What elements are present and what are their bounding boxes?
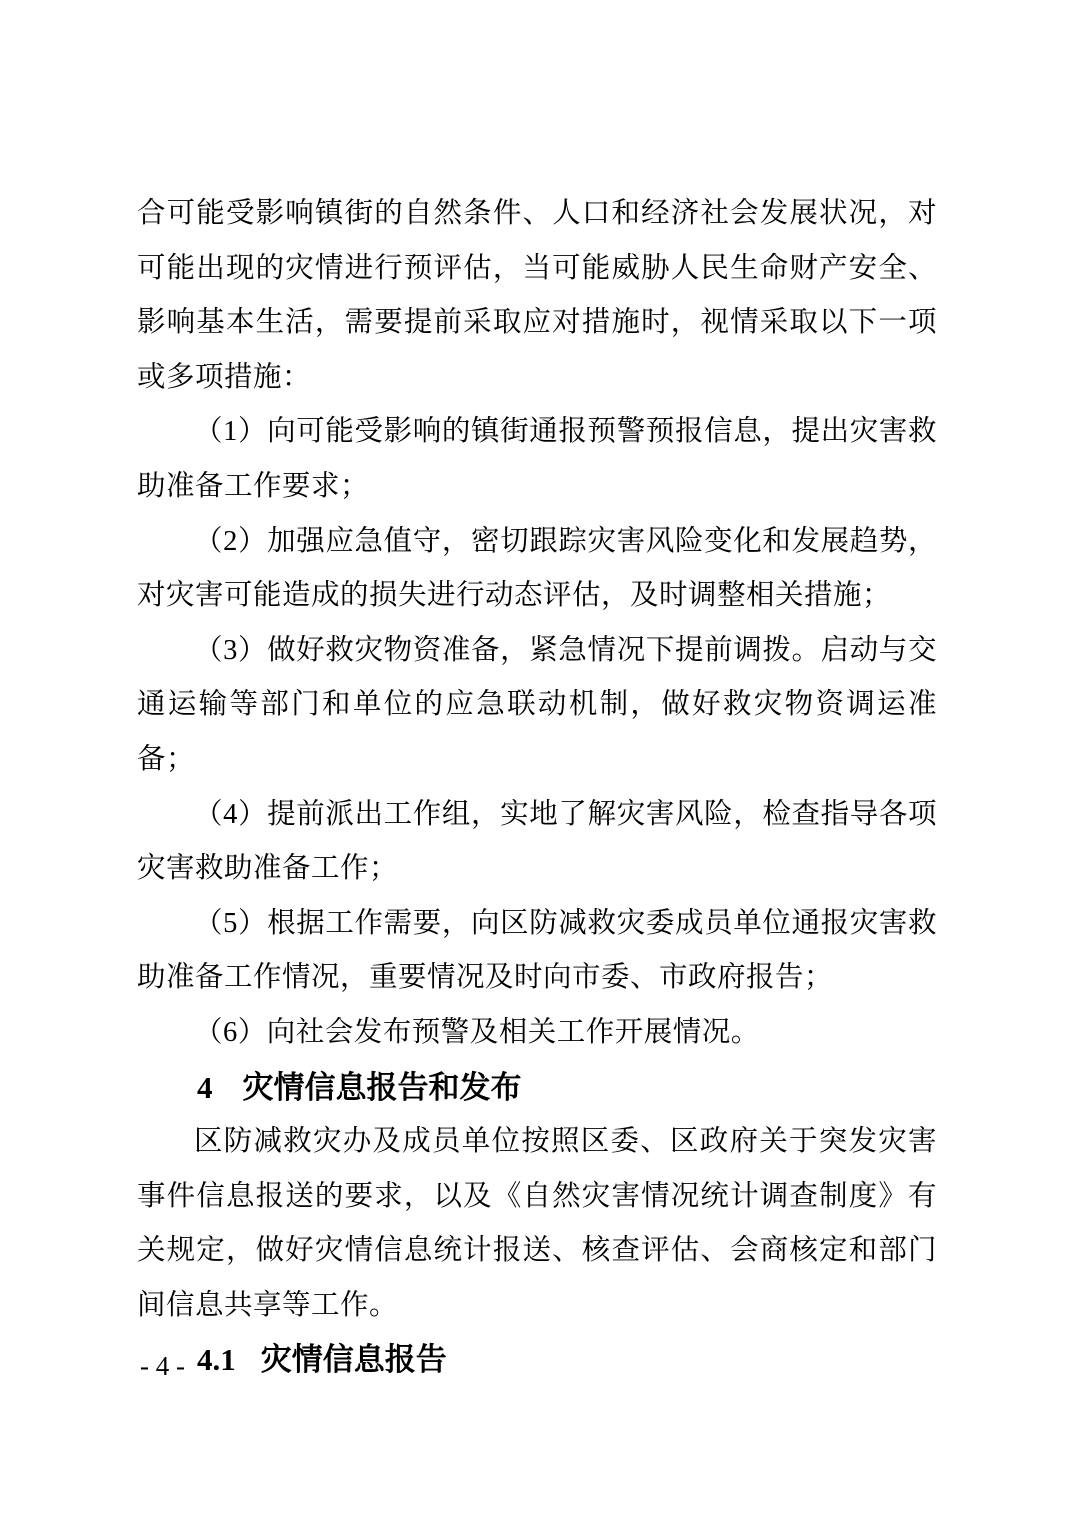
page-number: - 4 - (140, 1350, 185, 1382)
section-4-title: 灾情信息报告和发布 (243, 1070, 522, 1105)
document-page: 合可能受影响镇街的自然条件、人口和经济社会发展状况，对可能出现的灾情进行预评估，… (0, 0, 1074, 1520)
paragraph-continuation: 合可能受影响镇街的自然条件、人口和经济社会发展状况，对可能出现的灾情进行预评估，… (137, 187, 937, 405)
measure-item-6: （6）向社会发布预警及相关工作开展情况。 (137, 1006, 937, 1061)
measure-item-2: （2）加强应急值守，密切跟踪灾害风险变化和发展趋势，对灾害可能造成的损失进行动态… (137, 515, 937, 624)
measure-item-4: （4）提前派出工作组，实地了解灾害风险，检查指导各项灾害救助准备工作； (137, 788, 937, 897)
section-4-1-title: 灾情信息报告 (261, 1342, 447, 1377)
document-body: 合可能受影响镇街的自然条件、人口和经济社会发展状况，对可能出现的灾情进行预评估，… (137, 187, 937, 1388)
measure-item-1: （1）向可能受影响的镇街通报预警预报信息，提出灾害救助准备工作要求； (137, 405, 937, 514)
section-4-paragraph: 区防减救灾办及成员单位按照区委、区政府关于突发灾害事件信息报送的要求，以及《自然… (137, 1115, 937, 1333)
section-4-heading: 4灾情信息报告和发布 (137, 1061, 937, 1116)
section-4-1-heading: 4.1灾情信息报告 (137, 1333, 937, 1388)
section-4-number: 4 (197, 1070, 213, 1105)
section-4-1-number: 4.1 (197, 1342, 236, 1377)
measure-item-3: （3）做好救灾物资准备，紧急情况下提前调拨。启动与交通运输等部门和单位的应急联动… (137, 624, 937, 788)
measure-item-5: （5）根据工作需要，向区防减救灾委成员单位通报灾害救助准备工作情况，重要情况及时… (137, 897, 937, 1006)
